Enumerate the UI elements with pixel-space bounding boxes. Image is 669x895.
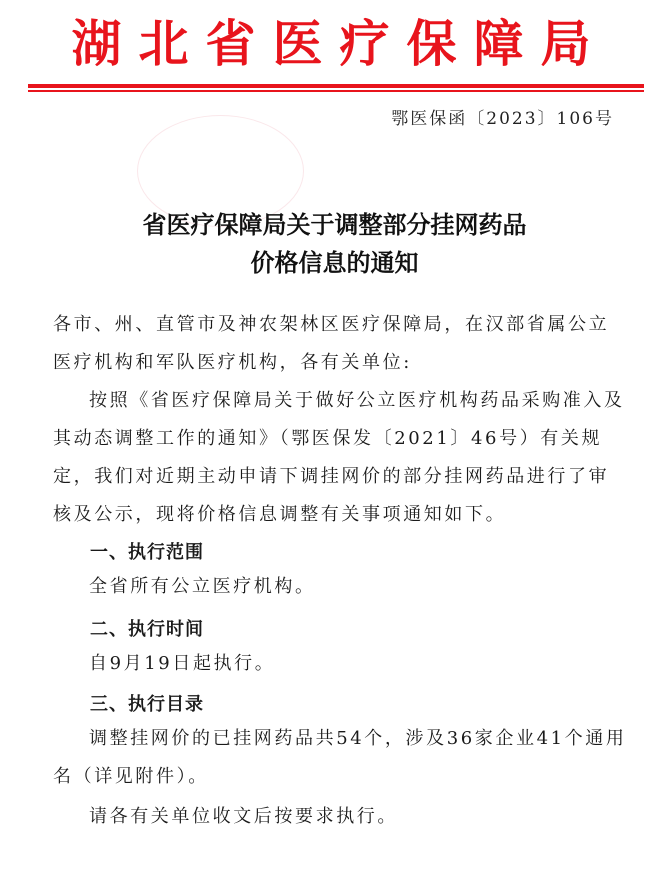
section-text-scope: 全省所有公立医疗机构。: [53, 568, 628, 606]
closing-text: 请各有关单位收文后按要求执行。: [53, 798, 628, 836]
addressee: 各市、州、直管市及神农架林区医疗保障局，在汉部省属公立医疗机构和军队医疗机构，各…: [53, 306, 628, 382]
document-number: 鄂医保函〔2023〕106号: [391, 104, 614, 129]
section-heading-catalog: 三、执行目录: [90, 690, 204, 716]
document-title-line1: 省医疗保障局关于调整部分挂网药品: [0, 208, 669, 242]
section-heading-scope: 一、执行范围: [90, 538, 204, 564]
masthead-issuer: 湖北省医疗保障局: [0, 14, 669, 74]
red-rule-thick: [28, 84, 644, 88]
section-heading-time: 二、执行时间: [90, 615, 204, 641]
intro-paragraph: 按照《省医疗保障局关于做好公立医疗机构药品采购准入及其动态调整工作的通知》（鄂医…: [53, 382, 628, 534]
section-text-catalog: 调整挂网价的已挂网药品共54个，涉及36家企业41个通用名（详见附件）。: [53, 720, 628, 796]
document-title-line2: 价格信息的通知: [0, 246, 669, 280]
section-text-time: 自9月19日起执行。: [53, 645, 628, 683]
red-rule-thin: [28, 90, 644, 92]
